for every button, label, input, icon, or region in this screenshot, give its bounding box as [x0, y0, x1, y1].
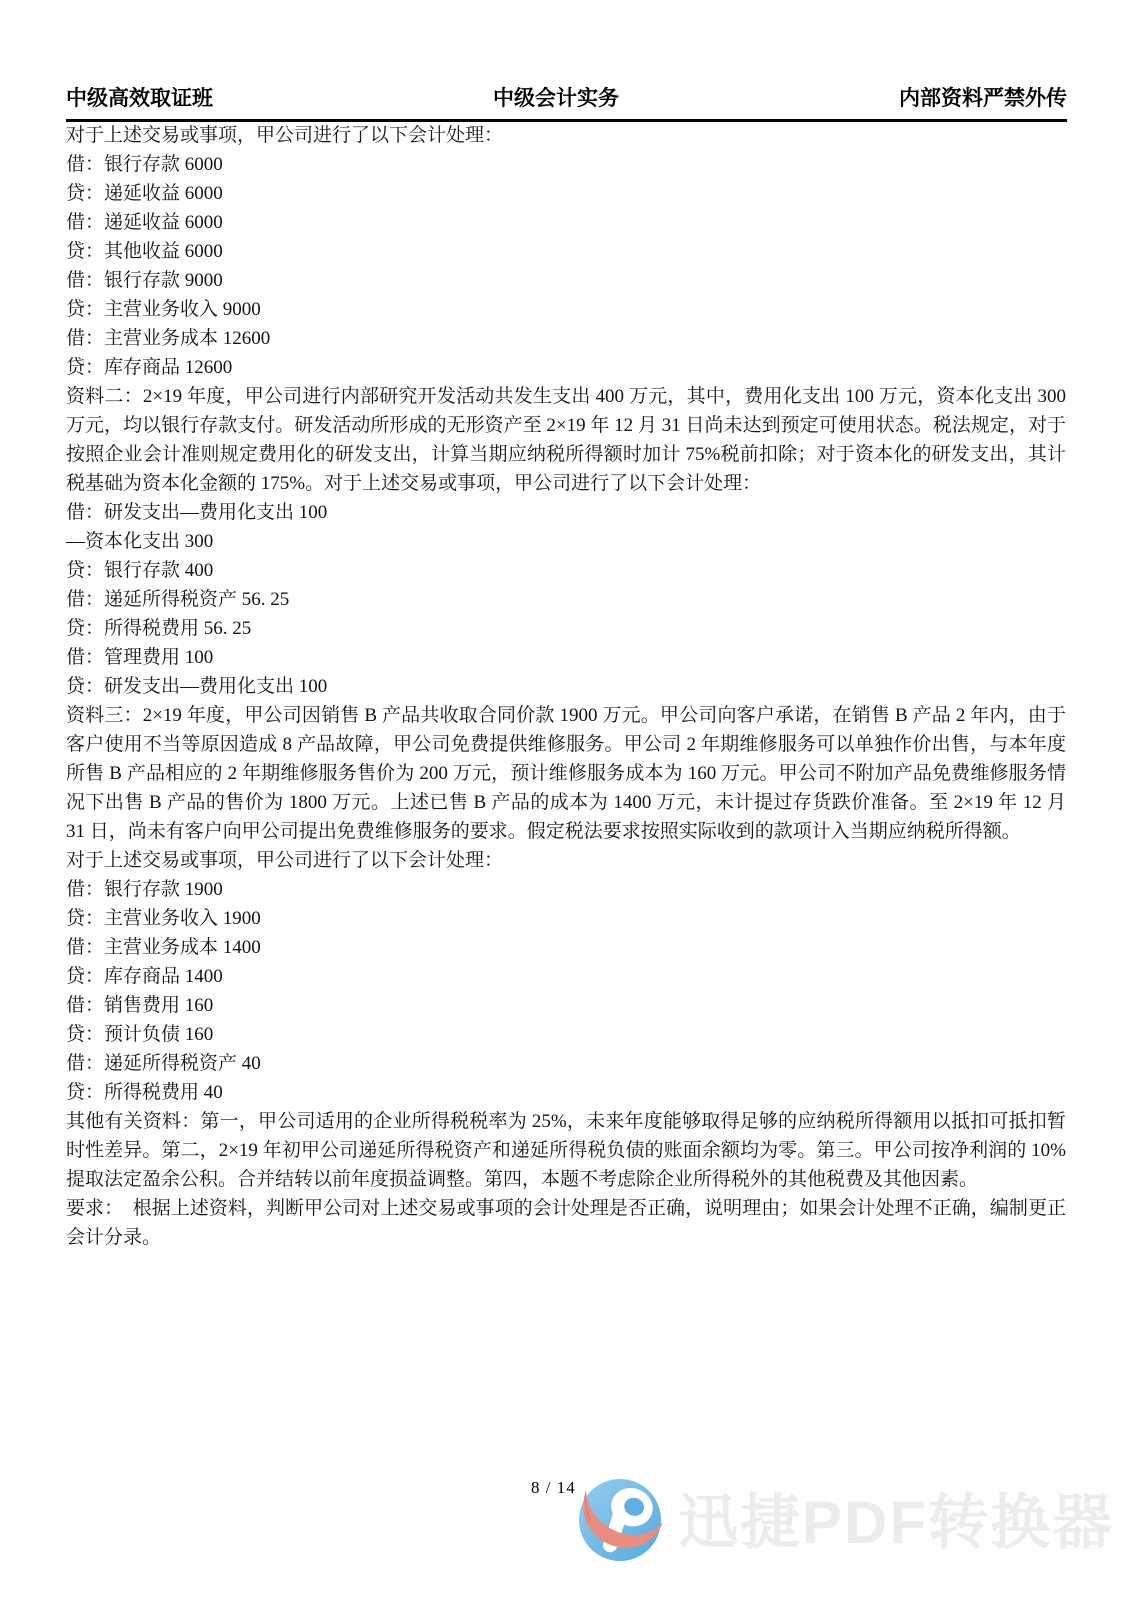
journal-entry-line: 借：管理费用 100 — [66, 643, 1066, 672]
journal-entry-line: 借：递延收益 6000 — [66, 208, 1066, 237]
material-2-paragraph: 资料二：2×19 年度，甲公司进行内部研究开发活动共发生支出 400 万元，其中… — [66, 382, 1066, 498]
body-line: 对于上述交易或事项，甲公司进行了以下会计处理： — [66, 121, 1066, 150]
journal-entry-line: 借：银行存款 1900 — [66, 875, 1066, 904]
journal-entry-line: 贷：银行存款 400 — [66, 556, 1066, 585]
journal-entry-line: 借：银行存款 9000 — [66, 266, 1066, 295]
journal-entry-line: 借：主营业务成本 12600 — [66, 324, 1066, 353]
journal-entry-line: 借：递延所得税资产 56. 25 — [66, 585, 1066, 614]
header-course-name: 中级高效取证班 — [66, 82, 213, 112]
page-number: 8 / 14 — [531, 1478, 576, 1498]
journal-entry-line: 贷：库存商品 12600 — [66, 353, 1066, 382]
journal-entry-line: 贷：预计负债 160 — [66, 1020, 1066, 1049]
document-body: 对于上述交易或事项，甲公司进行了以下会计处理： 借：银行存款 6000 贷：递延… — [66, 121, 1066, 1252]
journal-entry-line: 借：递延所得税资产 40 — [66, 1049, 1066, 1078]
pdf-converter-watermark: 迅捷PDF转换器 — [576, 1474, 1114, 1562]
journal-entry-line: 贷：主营业务收入 1900 — [66, 904, 1066, 933]
journal-entry-line: —资本化支出 300 — [66, 527, 1066, 556]
header-confidential-notice: 内部资料严禁外传 — [899, 82, 1067, 112]
header-subject-title: 中级会计实务 — [493, 82, 619, 112]
other-info-paragraph: 其他有关资料：第一，甲公司适用的企业所得税税率为 25%，未来年度能够取得足够的… — [66, 1107, 1066, 1194]
document-page: 中级高效取证班 中级会计实务 内部资料严禁外传 对于上述交易或事项，甲公司进行了… — [0, 0, 1131, 1600]
journal-entry-line: 借：销售费用 160 — [66, 991, 1066, 1020]
journal-entry-line: 贷：递延收益 6000 — [66, 179, 1066, 208]
journal-entry-line: 借：主营业务成本 1400 — [66, 933, 1066, 962]
journal-entry-line: 借：研发支出—费用化支出 100 — [66, 498, 1066, 527]
journal-entry-line: 贷：所得税费用 56. 25 — [66, 614, 1066, 643]
watermark-text: 迅捷PDF转换器 — [678, 1475, 1114, 1561]
material-3-paragraph: 资料三：2×19 年度，甲公司因销售 B 产品共收取合同价款 1900 万元。甲… — [66, 701, 1066, 846]
body-line: 对于上述交易或事项，甲公司进行了以下会计处理： — [66, 846, 1066, 875]
journal-entry-line: 贷：所得税费用 40 — [66, 1078, 1066, 1107]
pdf-converter-logo-icon — [576, 1474, 664, 1562]
journal-entry-line: 贷：库存商品 1400 — [66, 962, 1066, 991]
journal-entry-line: 贷：研发支出—费用化支出 100 — [66, 672, 1066, 701]
journal-entry-line: 贷：主营业务收入 9000 — [66, 295, 1066, 324]
journal-entry-line: 借：银行存款 6000 — [66, 150, 1066, 179]
journal-entry-line: 贷：其他收益 6000 — [66, 237, 1066, 266]
page-header: 中级高效取证班 中级会计实务 内部资料严禁外传 — [66, 82, 1067, 122]
requirement-paragraph: 要求： 根据上述资料，判断甲公司对上述交易或事项的会计处理是否正确，说明理由；如… — [66, 1194, 1066, 1252]
